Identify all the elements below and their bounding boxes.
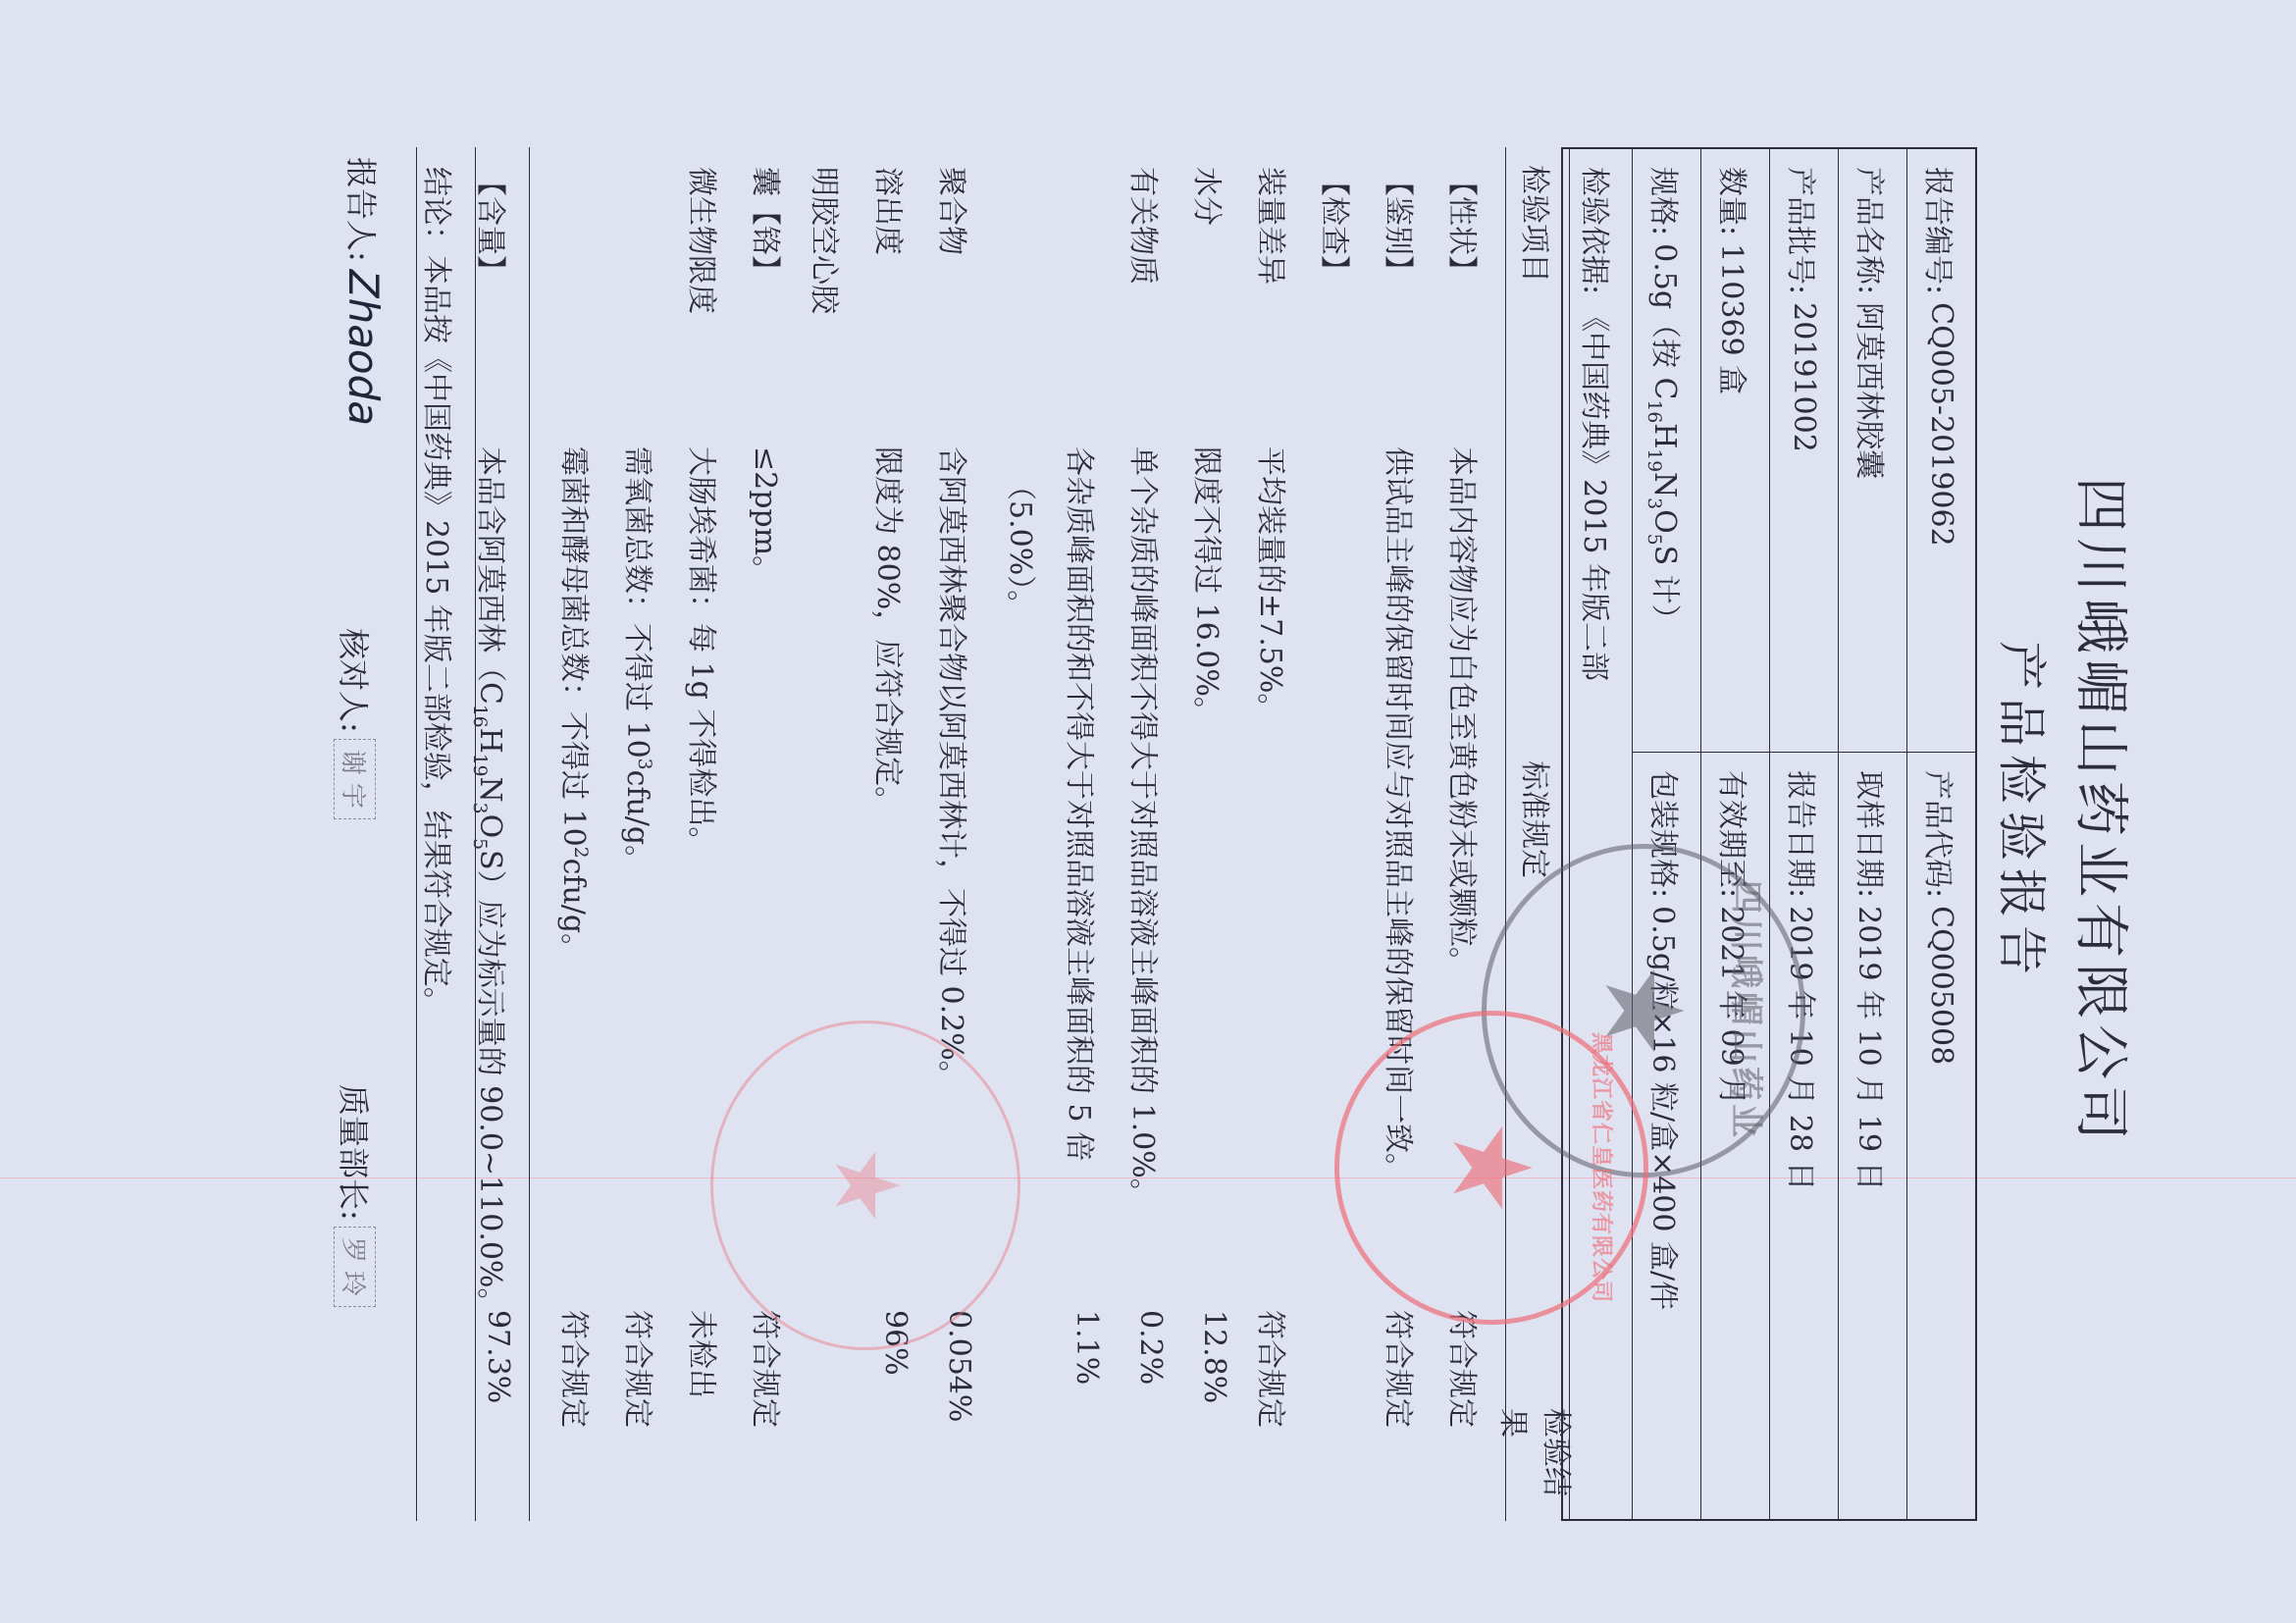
star-icon: ★	[821, 1146, 910, 1226]
item-result: 1.1%	[1070, 1310, 1104, 1385]
sampling-date-value: 2019 年 10 月 19 日	[1852, 906, 1895, 1190]
batch-no-label: 产品批号:	[1783, 167, 1826, 294]
report-no-value: CQ005-2019062	[1924, 302, 1958, 547]
reporter-handwriting: Zhaoda	[339, 270, 388, 426]
item-result: 0.2%	[1133, 1310, 1168, 1385]
header-item: 检验项目	[1506, 147, 1570, 751]
item-result: 符合规定	[1443, 1310, 1487, 1428]
header-standard: 标准规定	[1506, 751, 1570, 1408]
item-standard: 需氧菌总数：不得过 103cfu/g。	[619, 446, 662, 874]
item-label: 【含量】	[472, 167, 515, 285]
product-code-label: 产品代码:	[1920, 770, 1963, 898]
item-label: 有关物质	[1124, 167, 1168, 285]
basis-value: 《中国药典》2015 年版二部	[1576, 302, 1619, 681]
item-standard: （5.0%）。	[1002, 471, 1045, 619]
qa-seal: 罗 玲	[335, 1227, 377, 1307]
report-date-value: 2019 年 10 月 28 日	[1783, 906, 1826, 1190]
item-result: 0.054%	[942, 1310, 976, 1422]
qa-signature: 质量部长: 罗 玲	[333, 1084, 378, 1307]
divider-line	[416, 147, 417, 1521]
product-name-value: 阿莫西林胶囊	[1852, 302, 1895, 479]
item-label: 微生物限度	[683, 167, 726, 314]
item-result: 符合规定	[1252, 1310, 1295, 1428]
item-label: 溶出度	[869, 167, 913, 255]
reporter-label: 报告人:	[341, 157, 387, 262]
item-label: 【检查】	[1316, 167, 1359, 285]
report-date-label: 报告日期:	[1783, 770, 1826, 898]
divider-line	[475, 147, 476, 1521]
inspection-table-header: 检验项目 标准规定 检验结果	[1505, 147, 1570, 1521]
item-result: 97.3%	[481, 1310, 515, 1403]
item-standard: 平均装量的±7.5%。	[1252, 446, 1295, 722]
item-standard: 本品内容物应为白色至黄色粉末或颗粒。	[1443, 446, 1487, 976]
item-standard: 各杂质峰面积的和不得大于对照品溶液主峰面积的 5 倍	[1061, 446, 1104, 1161]
package-spec-value: 0.5g/粒×16 粒/盒×400 盒/件	[1645, 906, 1689, 1310]
spec-label: 规格:	[1645, 167, 1689, 236]
spec-value: 0.5g（按 C16H19N3O5S 计）	[1644, 243, 1690, 634]
info-row: 规格:0.5g（按 C16H19N3O5S 计） 包装规格:0.5g/粒×16 …	[1632, 149, 1700, 1519]
item-label: 装量差异	[1252, 167, 1295, 285]
reporter-signature: 报告人: Zhaoda	[339, 157, 388, 426]
item-standard: ≤2ppm。	[747, 446, 790, 585]
batch-no-value: 20191002	[1787, 302, 1821, 452]
package-spec-label: 包装规格:	[1645, 770, 1689, 898]
item-standard: 供试品主峰的保留时间应与对照品主峰的保留时间一致。	[1380, 446, 1423, 1182]
quantity-label: 数量:	[1714, 167, 1757, 236]
item-result: 符合规定	[1380, 1310, 1423, 1428]
item-result: 未检出	[683, 1310, 726, 1398]
item-label: 明胶空心胶	[806, 167, 849, 314]
item-label: 囊【铬】	[747, 167, 790, 285]
checker-signature: 核对人: 谢 宇	[333, 628, 378, 819]
info-row: 产品名称:阿莫西林胶囊 取样日期:2019 年 10 月 19 日	[1838, 149, 1906, 1519]
expiry-label: 有效期至:	[1714, 770, 1757, 898]
item-result: 符合规定	[619, 1310, 662, 1428]
sampling-date-label: 取样日期:	[1852, 770, 1895, 898]
report-no-label: 报告编号:	[1920, 167, 1963, 294]
item-result: 符合规定	[747, 1310, 790, 1428]
info-row: 产品批号:20191002 报告日期:2019 年 10 月 28 日	[1769, 149, 1838, 1519]
conclusion-text: 结论：本品按《中国药典》2015 年版二部检验，结果符合规定。	[418, 167, 461, 1017]
item-standard: 本品含阿莫西林（C16H19N3O5S）应为标示量的 90.0~110.0%。	[469, 446, 515, 1317]
item-result: 符合规定	[555, 1310, 599, 1428]
basis-label: 检验依据:	[1576, 167, 1619, 294]
item-label: 【性状】	[1443, 167, 1487, 285]
expiry-value: 2021 年 09 月	[1714, 906, 1757, 1105]
item-result: 96%	[878, 1310, 913, 1376]
header-result: 检验结果	[1506, 1408, 1570, 1521]
item-label: 【鉴别】	[1380, 167, 1423, 285]
qa-label: 质量部长:	[333, 1084, 378, 1221]
item-standard: 单个杂质的峰面积不得大于对照品溶液主峰面积的 1.0%。	[1124, 446, 1168, 1208]
item-standard: 限度为 80%，应符合规定。	[869, 446, 913, 815]
item-standard: 限度不得过 16.0%。	[1188, 446, 1231, 726]
inspection-report-page: 四川峨嵋山药业有限公司 产品检验报告 报告编号:CQ005-2019062 产品…	[0, 0, 2296, 1623]
report-title: 产品检验报告	[1990, 0, 2061, 1623]
quantity-value: 110369 盒	[1714, 243, 1757, 394]
product-code-value: CQ005008	[1924, 906, 1958, 1065]
info-row: 数量:110369 盒 有效期至:2021 年 09 月	[1700, 149, 1769, 1519]
header-top-line	[1569, 147, 1570, 1521]
item-label: 水分	[1188, 167, 1231, 226]
item-result: 12.8%	[1197, 1310, 1231, 1403]
report-info-table: 报告编号:CQ005-2019062 产品代码:CQ005008 产品名称:阿莫…	[1561, 147, 1977, 1521]
item-label: 聚合物	[933, 167, 976, 255]
product-name-label: 产品名称:	[1852, 167, 1895, 294]
info-row: 报告编号:CQ005-2019062 产品代码:CQ005008	[1906, 149, 1975, 1519]
item-standard: 霉菌和酵母菌总数：不得过 102cfu/g。	[555, 446, 599, 963]
company-name: 四川峨嵋山药业有限公司	[2065, 0, 2144, 1623]
item-standard: 大肠埃希菌：每 1g 不得检出。	[683, 446, 726, 856]
divider-line	[529, 147, 530, 1521]
checker-label: 核对人:	[333, 628, 378, 733]
item-standard: 含阿莫西林聚合物以阿莫西林计，不得过 0.2%。	[933, 446, 976, 1090]
checker-seal: 谢 宇	[335, 739, 377, 819]
info-row: 检验依据:《中国药典》2015 年版二部	[1563, 149, 1632, 1519]
